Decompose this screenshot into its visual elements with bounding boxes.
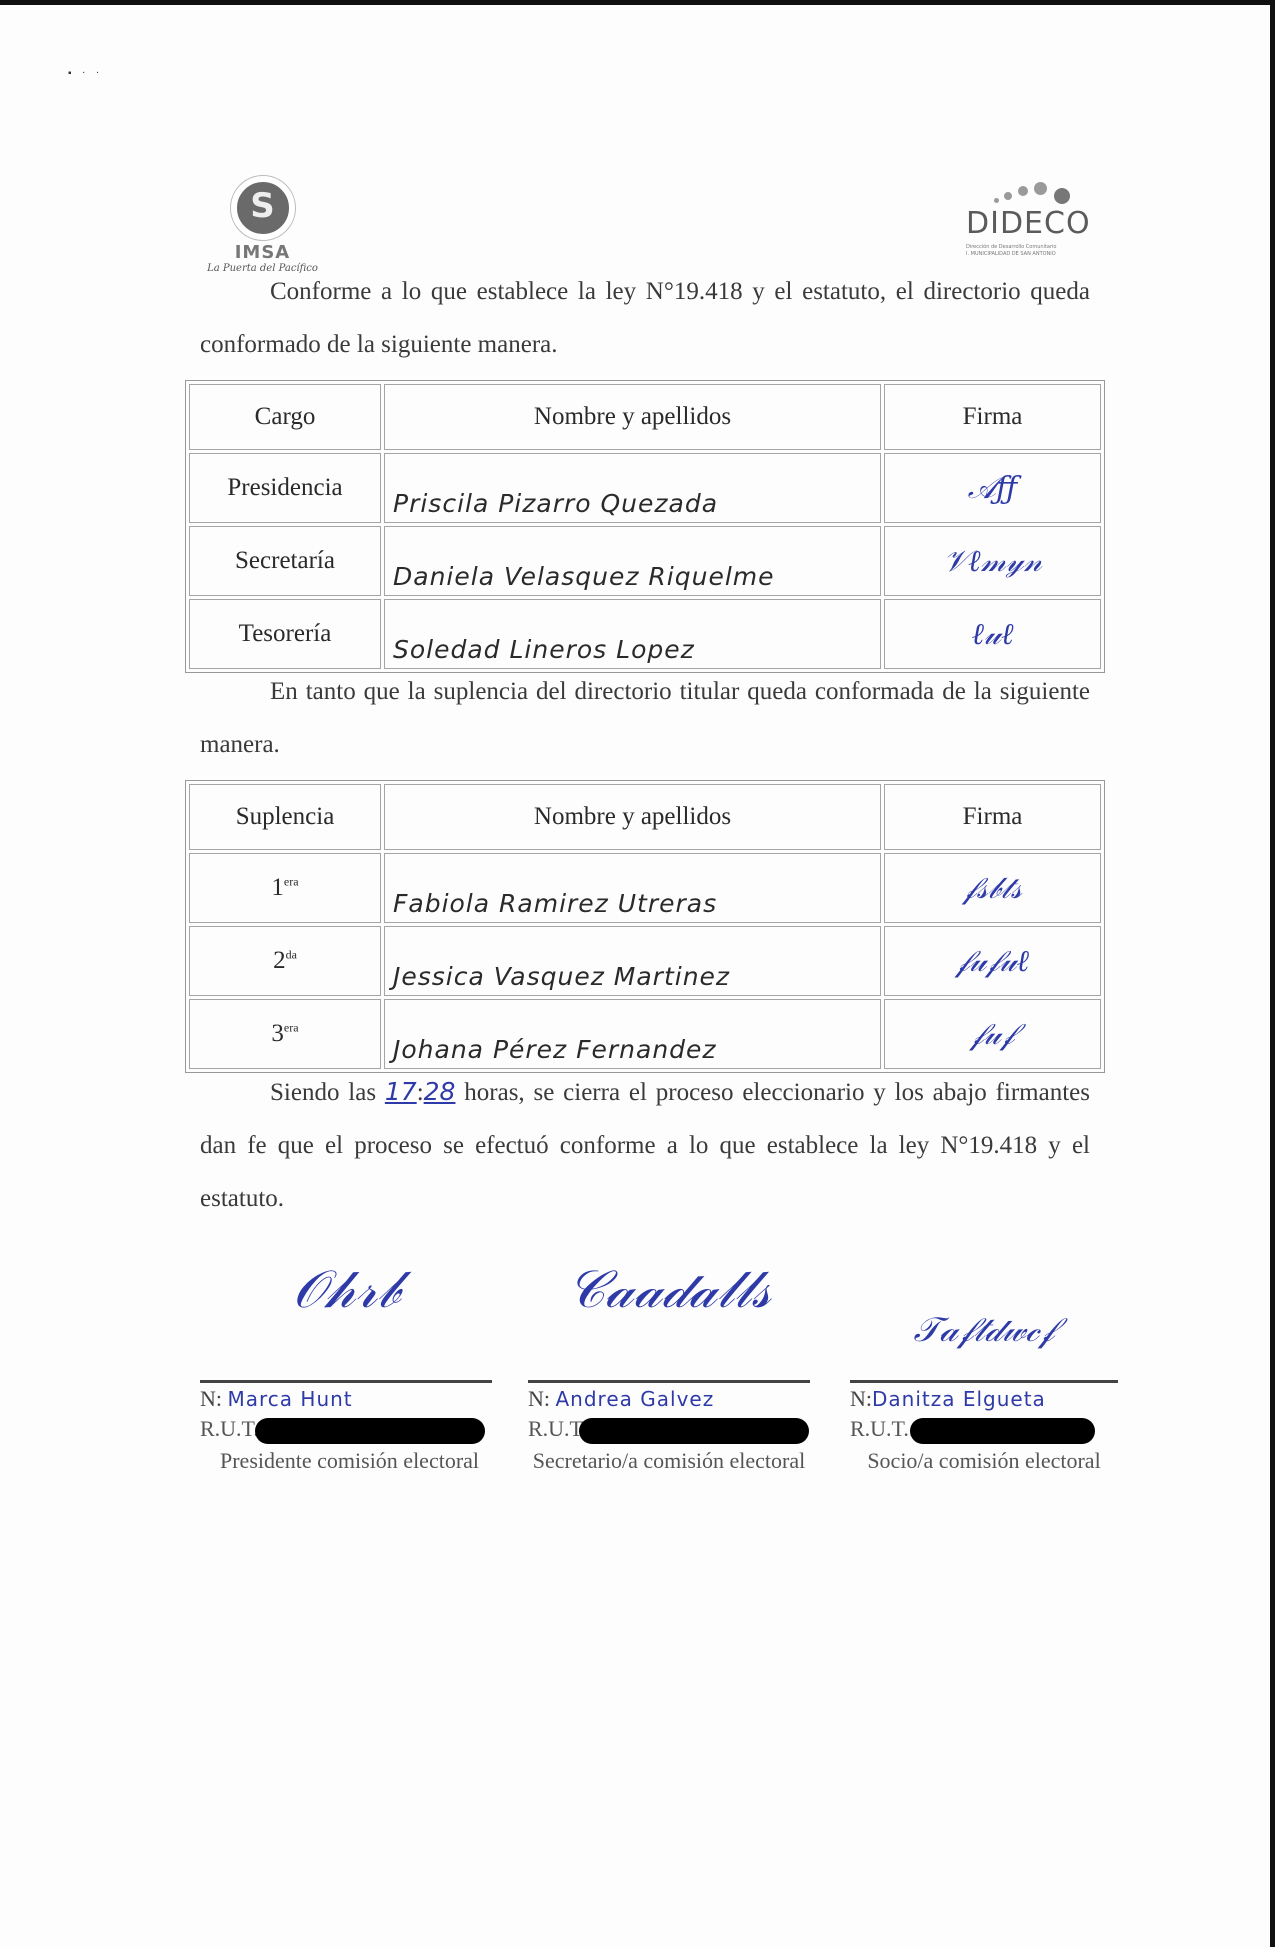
signature-icon: 𝒻𝓊𝒻 bbox=[971, 1017, 1015, 1052]
signature-block-member: 𝒯𝒶𝒻𝓉𝒹𝓌𝒸𝒻 N:Danitza Elgueta R.U.T.. Socio… bbox=[850, 1230, 1118, 1480]
scan-speck: ▪ · · bbox=[68, 68, 103, 79]
name-label: N: bbox=[850, 1386, 872, 1411]
signature-icon: 𝒞𝒶𝒶𝒹𝒶𝓁𝓁𝓈 bbox=[548, 1260, 790, 1370]
scan-edge-right bbox=[1270, 0, 1275, 1947]
dideco-subtitle-line1: Dirección de Desarrollo Comunitario bbox=[966, 244, 1096, 251]
name-value: Danitza Elgueta bbox=[872, 1387, 1046, 1411]
name-label: N: bbox=[200, 1386, 222, 1411]
rut-label: R.U.T. bbox=[200, 1416, 259, 1441]
dideco-logo-subtitle: Dirección de Desarrollo Comunitario I. M… bbox=[966, 244, 1096, 258]
header-firma: Firma bbox=[884, 384, 1101, 450]
suplencia-table: Suplencia Nombre y apellidos Firma 1era … bbox=[185, 780, 1105, 1073]
signer-role: Socio/a comisión electoral bbox=[850, 1448, 1118, 1474]
scan-edge-top bbox=[0, 0, 1275, 5]
signature-line bbox=[528, 1380, 810, 1383]
signature-icon: 𝒻𝓊𝒻𝓊ℓ bbox=[956, 944, 1029, 979]
imsa-logo-name: IMSA bbox=[205, 242, 320, 263]
suplencia-number: 3 bbox=[271, 1020, 284, 1047]
imsa-logo: IMSA La Puerta del Pacífico bbox=[205, 168, 320, 273]
signature-line bbox=[850, 1380, 1118, 1383]
firma-cell: 𝒻𝓈𝒷𝓉𝓈 bbox=[884, 853, 1101, 923]
header-nombre: Nombre y apellidos bbox=[384, 384, 881, 450]
dideco-logo-icon bbox=[992, 180, 1082, 208]
redaction-bar bbox=[255, 1418, 485, 1444]
suplencia-cell: 3era bbox=[189, 999, 381, 1069]
table-row: 1era Fabiola Ramirez Utreras 𝒻𝓈𝒷𝓉𝓈 bbox=[189, 853, 1101, 923]
redaction-bar bbox=[910, 1418, 1095, 1444]
cargo-cell: Presidencia bbox=[189, 453, 381, 523]
header-cargo: Cargo bbox=[189, 384, 381, 450]
signer-role: Presidente comisión electoral bbox=[220, 1448, 492, 1474]
signature-icon: 𝒱ℓ𝓂𝓎𝓃 bbox=[943, 544, 1042, 579]
suplencia-cell: 1era bbox=[189, 853, 381, 923]
signer-rut: R.U.T. bbox=[200, 1416, 485, 1444]
table-row: 3era Johana Pérez Fernandez 𝒻𝓊𝒻 bbox=[189, 999, 1101, 1069]
signer-rut: R.U.T.. bbox=[850, 1416, 1095, 1444]
nombre-cell: Daniela Velasquez Riquelme bbox=[384, 526, 881, 596]
closing-text-start: Siendo las bbox=[270, 1079, 376, 1106]
signature-block-president: 𝒪𝒽𝓇𝒷 N: Marca Hunt R.U.T. Presidente com… bbox=[200, 1230, 492, 1480]
table-row: Tesorería Soledad Lineros Lopez ℓ𝓊ℓ bbox=[189, 599, 1101, 669]
nombre-cell: Priscila Pizarro Quezada bbox=[384, 453, 881, 523]
name-value: Andrea Galvez bbox=[556, 1387, 715, 1411]
signature-line bbox=[200, 1380, 492, 1383]
firma-cell: 𝒜ƒƒ bbox=[884, 453, 1101, 523]
rut-label: R.U.T.. bbox=[850, 1416, 914, 1441]
closing-paragraph: Siendo las 17:28 horas, se cierra el pro… bbox=[200, 1065, 1090, 1225]
suplencia-number: 1 bbox=[271, 874, 284, 901]
table-header-row: Cargo Nombre y apellidos Firma bbox=[189, 384, 1101, 450]
intro-paragraph: Conforme a lo que establece la ley N°19.… bbox=[200, 265, 1090, 371]
cargo-cell: Secretaría bbox=[189, 526, 381, 596]
signer-name: N:Danitza Elgueta bbox=[850, 1386, 1046, 1412]
signature-icon: ℓ𝓊ℓ bbox=[972, 617, 1014, 652]
header-suplencia: Suplencia bbox=[189, 784, 381, 850]
dideco-logo-name: DIDECO bbox=[966, 206, 1091, 241]
nombre-cell: Fabiola Ramirez Utreras bbox=[384, 853, 881, 923]
table-row: Secretaría Daniela Velasquez Riquelme 𝒱ℓ… bbox=[189, 526, 1101, 596]
signature-block-secretary: 𝒞𝒶𝒶𝒹𝒶𝓁𝓁𝓈 N: Andrea Galvez R.U.T Secretar… bbox=[528, 1230, 810, 1480]
nombre-cell: Soledad Lineros Lopez bbox=[384, 599, 881, 669]
firma-cell: 𝒱ℓ𝓂𝓎𝓃 bbox=[884, 526, 1101, 596]
table-row: 2da Jessica Vasquez Martinez 𝒻𝓊𝒻𝓊ℓ bbox=[189, 926, 1101, 996]
suplencia-paragraph: En tanto que la suplencia del directorio… bbox=[200, 665, 1090, 771]
header-nombre: Nombre y apellidos bbox=[384, 784, 881, 850]
suplencia-cell: 2da bbox=[189, 926, 381, 996]
firma-cell: 𝒻𝓊𝒻𝓊ℓ bbox=[884, 926, 1101, 996]
rut-label: R.U.T bbox=[528, 1416, 583, 1441]
suplencia-suffix: era bbox=[284, 875, 299, 889]
nombre-cell: Jessica Vasquez Martinez bbox=[384, 926, 881, 996]
closing-minute: 28 bbox=[424, 1077, 456, 1106]
signer-name: N: Andrea Galvez bbox=[528, 1386, 714, 1412]
nombre-cell: Johana Pérez Fernandez bbox=[384, 999, 881, 1069]
dideco-logo: DIDECO Dirección de Desarrollo Comunitar… bbox=[962, 180, 1092, 265]
redaction-bar bbox=[579, 1418, 809, 1444]
signature-icon: 𝒜ƒƒ bbox=[968, 471, 1018, 506]
closing-time-separator: : bbox=[417, 1079, 424, 1106]
dideco-subtitle-line2: I. MUNICIPALIDAD DE SAN ANTONIO bbox=[966, 251, 1096, 258]
table-row: Presidencia Priscila Pizarro Quezada 𝒜ƒƒ bbox=[189, 453, 1101, 523]
signature-icon: 𝒪𝒽𝓇𝒷 bbox=[220, 1260, 472, 1370]
signer-name: N: Marca Hunt bbox=[200, 1386, 353, 1412]
signer-rut: R.U.T bbox=[528, 1416, 809, 1444]
suplencia-suffix: era bbox=[284, 1021, 299, 1035]
closing-hour: 17 bbox=[385, 1077, 417, 1106]
imsa-logo-icon bbox=[231, 176, 295, 240]
signer-role: Secretario/a comisión electoral bbox=[528, 1448, 810, 1474]
suplencia-number: 2 bbox=[273, 947, 286, 974]
table-header-row: Suplencia Nombre y apellidos Firma bbox=[189, 784, 1101, 850]
name-label: N: bbox=[528, 1386, 550, 1411]
firma-cell: 𝒻𝓊𝒻 bbox=[884, 999, 1101, 1069]
signature-icon: 𝒻𝓈𝒷𝓉𝓈 bbox=[963, 871, 1022, 906]
header-firma: Firma bbox=[884, 784, 1101, 850]
firma-cell: ℓ𝓊ℓ bbox=[884, 599, 1101, 669]
directorio-table: Cargo Nombre y apellidos Firma Presidenc… bbox=[185, 380, 1105, 673]
suplencia-suffix: da bbox=[286, 948, 297, 962]
cargo-cell: Tesorería bbox=[189, 599, 381, 669]
name-value: Marca Hunt bbox=[228, 1387, 353, 1411]
